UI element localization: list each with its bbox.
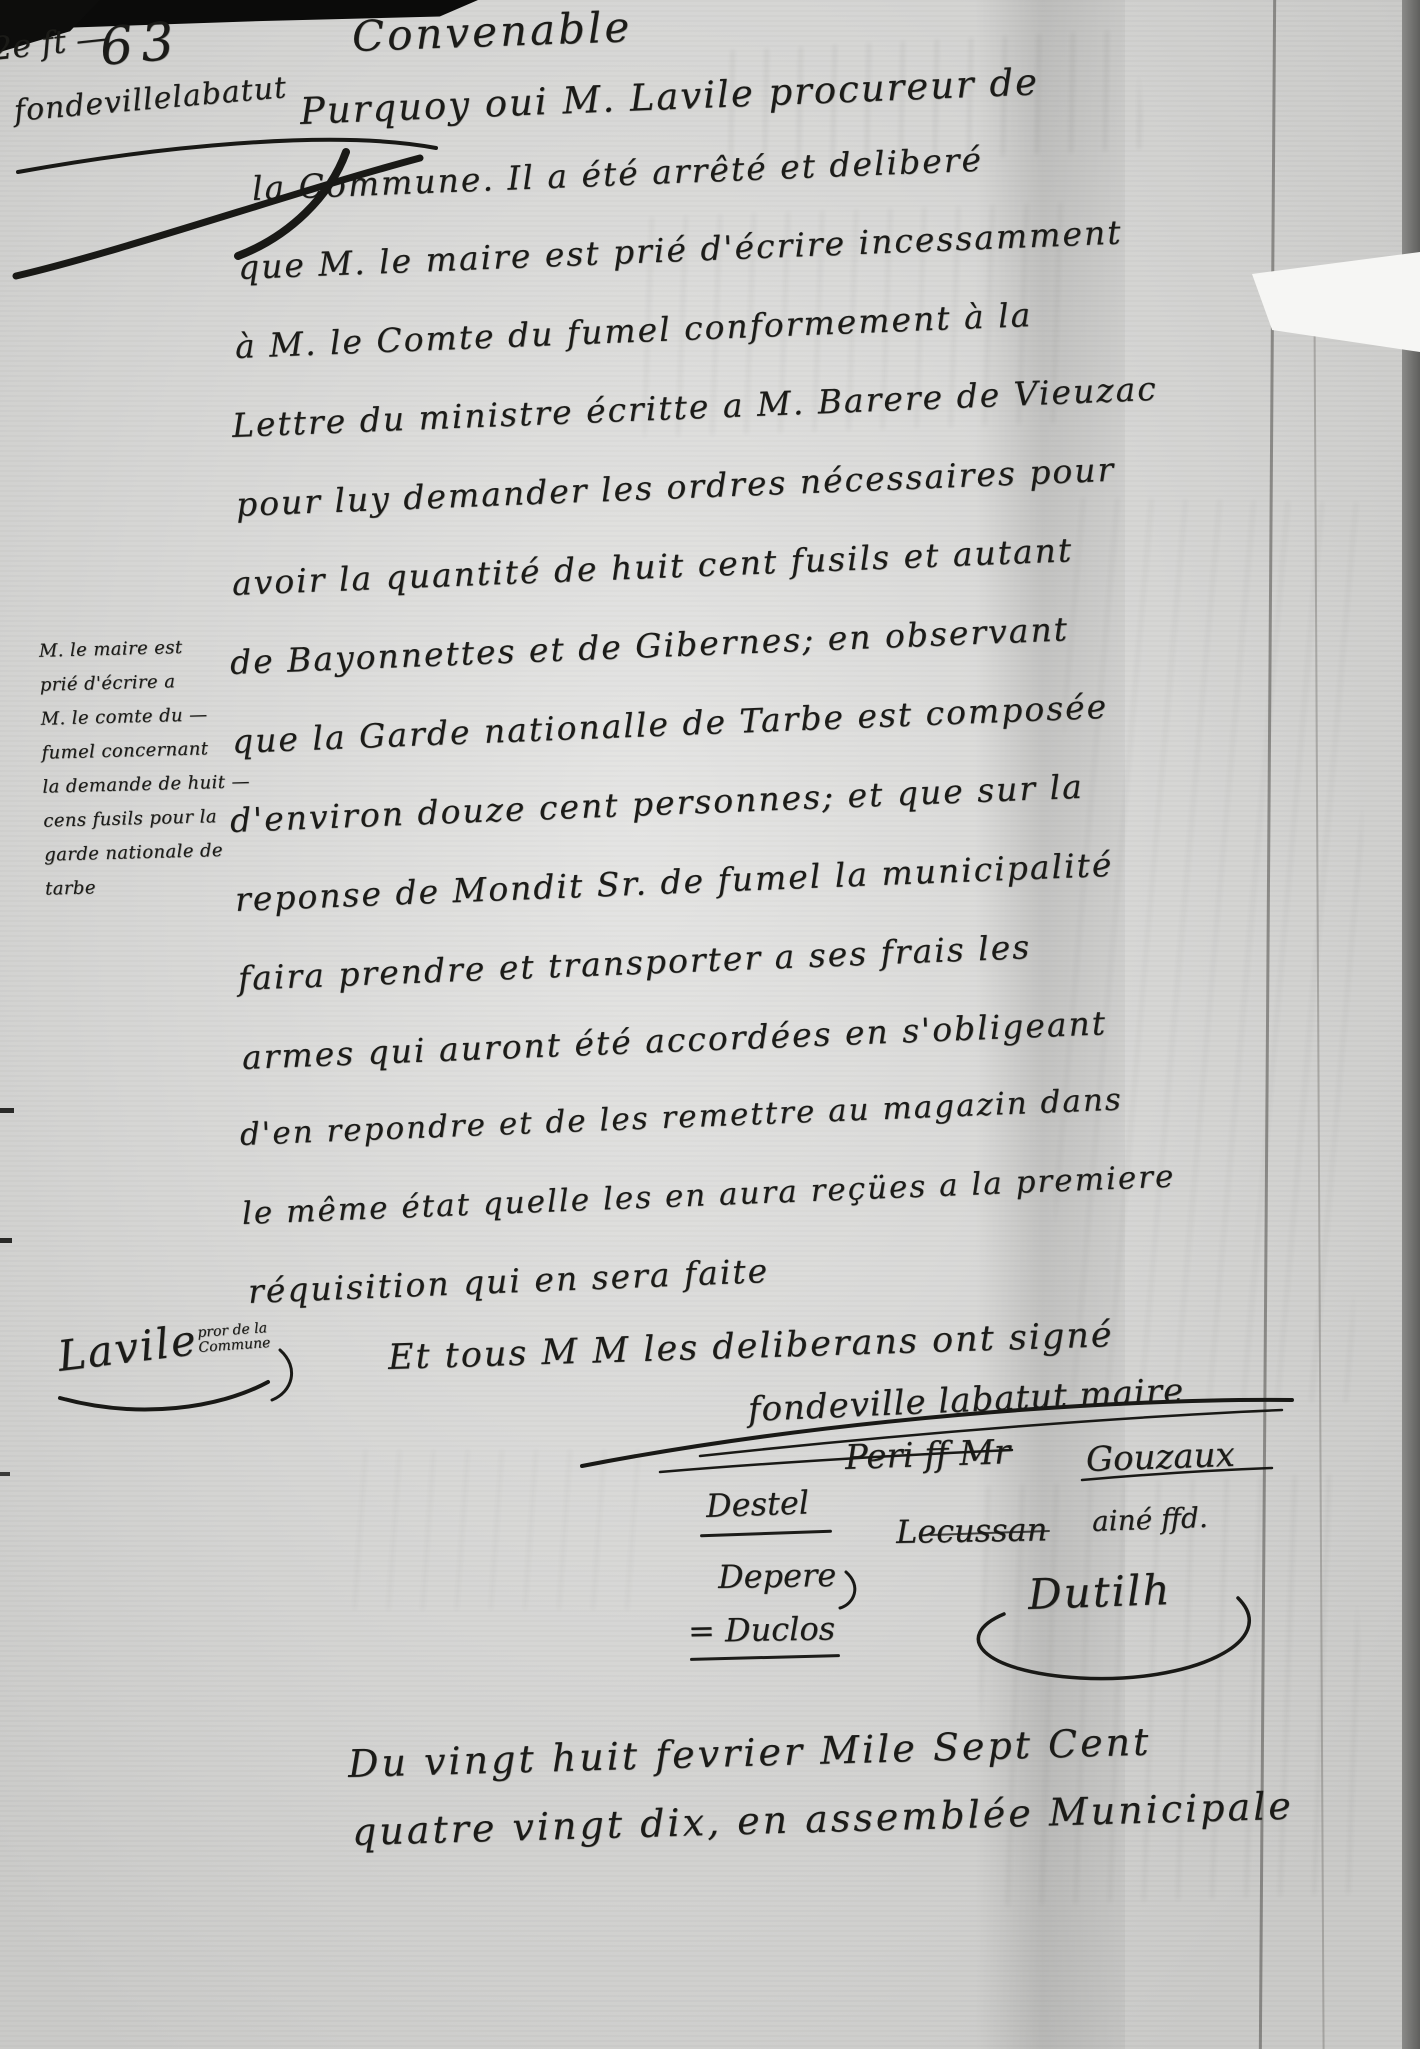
procureur-title: pror de la Commune xyxy=(197,1320,291,1356)
bleed-through-smudge xyxy=(1052,497,1368,1402)
signature: ainé ffd. xyxy=(1091,1501,1208,1538)
signature: = Duclos xyxy=(688,1609,836,1650)
body-line: faira prendre et transporter a ses frais… xyxy=(237,927,1032,998)
bleed-through-smudge xyxy=(350,1450,650,1610)
margin-note-line: cens fusils pour la xyxy=(43,805,251,831)
page-heading: Convenable xyxy=(351,2,633,61)
signature: Peri ff Mr xyxy=(844,1432,1011,1478)
body-line: réquisition qui en sera faite xyxy=(247,1251,770,1311)
margin-note-line: garde nationale de xyxy=(44,839,252,865)
signature-flourish xyxy=(840,1572,855,1608)
signature: Dutilh xyxy=(1027,1565,1172,1619)
folio-number: 63 xyxy=(97,11,184,78)
scan-artifact-left-tick xyxy=(0,1108,14,1113)
scan-artifact-left-tick xyxy=(0,1238,12,1243)
margin-note-line: prié d'écrire a xyxy=(40,669,248,695)
body-line: de Bayonnettes et de Gibernes; en observ… xyxy=(229,609,1069,682)
margin-note-line: M. le maire est xyxy=(39,635,247,661)
body-line: d'environ douze cent personnes; et que s… xyxy=(229,767,1084,840)
margin-note-line: tarbe xyxy=(45,873,253,899)
body-line: la Commune. Il a été arrêté et deliberé xyxy=(251,140,984,208)
signature-flourish xyxy=(60,1382,268,1409)
margin-note: M. le maire est prié d'écrire a M. le co… xyxy=(39,635,253,899)
procureur-signature: Lavile xyxy=(55,1315,200,1381)
margin-signature: fondevillelabatut xyxy=(12,70,288,129)
signature-flourish xyxy=(690,1654,840,1661)
scan-artifact-left-tick xyxy=(0,1472,10,1476)
margin-note-line: la demande de huit — xyxy=(42,771,250,797)
manuscript-page: 2e ft — 63 Convenable fondevillelabatut … xyxy=(0,0,1420,2049)
signature: Depere xyxy=(718,1556,837,1596)
margin-note-line: M. le comte du — xyxy=(40,703,248,729)
signature: Gouzaux xyxy=(1085,1435,1235,1480)
body-line: avoir la quantité de huit cent fusils et… xyxy=(231,530,1074,603)
signature-flourish xyxy=(272,1350,292,1400)
margin-note-line: fumel concernant xyxy=(41,737,249,763)
signature-flourish xyxy=(700,1530,832,1538)
signature: Destel xyxy=(705,1483,809,1525)
